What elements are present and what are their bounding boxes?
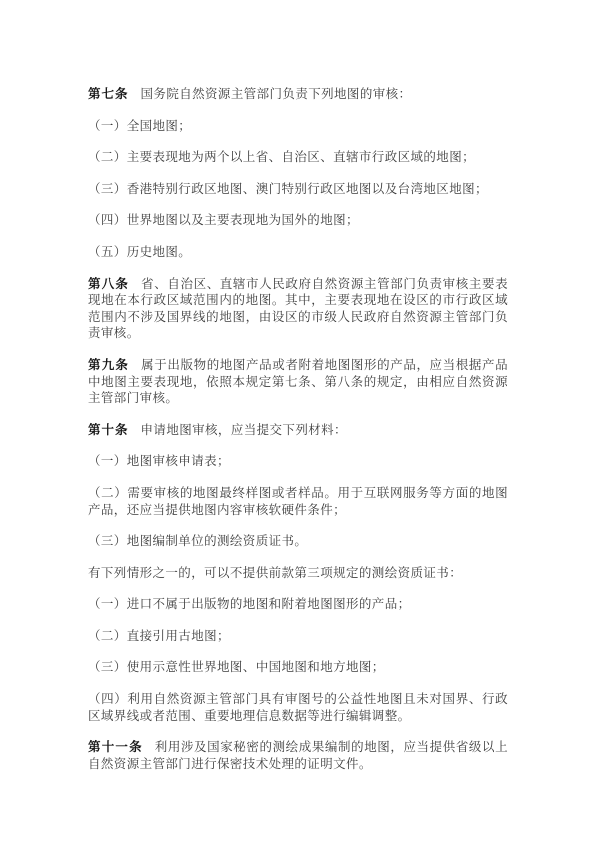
paragraph-text: （三）地图编制单位的测绘资质证书。	[88, 534, 307, 548]
paragraph-text: （五）历史地图。	[88, 245, 191, 259]
legal-paragraph-13-plain: 有下列情形之一的，可以不提供前款第三项规定的测绘资质证书：	[88, 565, 508, 582]
legal-paragraph-11-item: （二）需要审核的地图最终样图或者样品。用于互联网服务等方面的地图产品，还应当提供…	[88, 485, 508, 518]
legal-paragraph-15-item: （二）直接引用古地图；	[88, 628, 508, 645]
legal-paragraph-10-item: （一）地图审核申请表；	[88, 453, 508, 470]
legal-paragraph-5-item: （四）世界地图以及主要表现地为国外的地图；	[88, 212, 508, 229]
document-page: 第七条国务院自然资源主管部门负责下列地图的审核： （一）全国地图； （二）主要表…	[0, 0, 595, 841]
paragraph-text: （一）全国地图；	[88, 119, 191, 133]
paragraph-text: （四）世界地图以及主要表现地为国外的地图；	[88, 213, 359, 227]
article-number: 第十条	[88, 423, 129, 437]
legal-paragraph-16-item: （三）使用示意性世界地图、中国地图和地方地图；	[88, 659, 508, 676]
legal-paragraph-18-article: 第十一条利用涉及国家秘密的测绘成果编制的地图，应当提供省级以上自然资源主管部门进…	[88, 739, 508, 772]
paragraph-text: 申请地图审核，应当提交下列材料：	[141, 423, 347, 437]
paragraph-text: （四）利用自然资源主管部门具有审图号的公益性地图且未对国界、行政区域界线或者范围…	[88, 692, 508, 723]
paragraph-text: （三）香港特别行政区地图、澳门特别行政区地图以及台湾地区地图；	[88, 182, 488, 196]
article-number: 第七条	[88, 87, 129, 101]
legal-paragraph-7-article: 第八条省、自治区、直辖市人民政府自然资源主管部门负责审核主要表现地在本行政区域范…	[88, 276, 508, 342]
paragraph-text: （三）使用示意性世界地图、中国地图和地方地图；	[88, 660, 385, 674]
legal-paragraph-2-item: （一）全国地图；	[88, 118, 508, 135]
paragraph-text: （一）进口不属于出版物的地图和附着地图图形的产品；	[88, 597, 411, 611]
legal-paragraph-9-article: 第十条申请地图审核，应当提交下列材料：	[88, 422, 508, 439]
paragraph-text: （一）地图审核申请表；	[88, 454, 230, 468]
legal-paragraph-4-item: （三）香港特别行政区地图、澳门特别行政区地图以及台湾地区地图；	[88, 181, 508, 198]
legal-paragraph-14-item: （一）进口不属于出版物的地图和附着地图图形的产品；	[88, 596, 508, 613]
legal-paragraph-3-item: （二）主要表现地为两个以上省、自治区、直辖市行政区域的地图；	[88, 149, 508, 166]
article-number: 第九条	[88, 358, 129, 372]
paragraph-text: 属于出版物的地图产品或者附着地图图形的产品，应当根据产品中地图主要表现地，依照本…	[88, 358, 508, 405]
legal-paragraph-1-article: 第七条国务院自然资源主管部门负责下列地图的审核：	[88, 86, 508, 103]
paragraph-text: （二）主要表现地为两个以上省、自治区、直辖市行政区域的地图；	[88, 150, 475, 164]
paragraph-text: （二）需要审核的地图最终样图或者样品。用于互联网服务等方面的地图产品，还应当提供…	[88, 486, 508, 517]
legal-paragraph-12-item: （三）地图编制单位的测绘资质证书。	[88, 533, 508, 550]
legal-paragraph-6-item: （五）历史地图。	[88, 244, 508, 261]
document-content: 第七条国务院自然资源主管部门负责下列地图的审核： （一）全国地图； （二）主要表…	[88, 86, 508, 787]
legal-paragraph-17-item: （四）利用自然资源主管部门具有审图号的公益性地图且未对国界、行政区域界线或者范围…	[88, 691, 508, 724]
paragraph-text: 国务院自然资源主管部门负责下列地图的审核：	[141, 87, 412, 101]
paragraph-text: 利用涉及国家秘密的测绘成果编制的地图，应当提供省级以上自然资源主管部门进行保密技…	[88, 740, 508, 771]
paragraph-text: （二）直接引用古地图；	[88, 629, 230, 643]
paragraph-text: 省、自治区、直辖市人民政府自然资源主管部门负责审核主要表现地在本行政区域范围内的…	[88, 277, 508, 341]
paragraph-text: 有下列情形之一的，可以不提供前款第三项规定的测绘资质证书：	[88, 566, 462, 580]
legal-paragraph-8-article: 第九条属于出版物的地图产品或者附着地图图形的产品，应当根据产品中地图主要表现地，…	[88, 357, 508, 407]
article-number: 第十一条	[88, 740, 143, 754]
article-number: 第八条	[88, 277, 129, 291]
